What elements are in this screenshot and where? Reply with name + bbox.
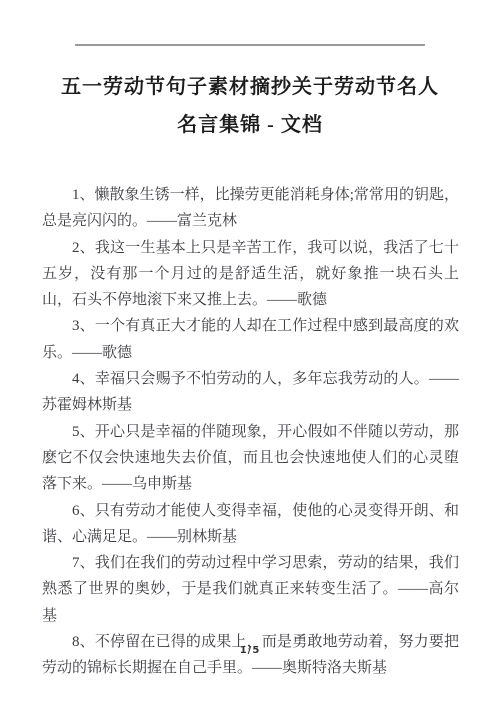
quote-paragraph-7: 7、我们在我们的劳动过程中学习思索，劳动的结果，我们熟悉了世界的奥妙，于是我们就… <box>42 550 459 629</box>
header-divider <box>75 44 425 46</box>
quote-paragraph-4: 4、幸福只会赐予不怕劳动的人，多年忘我劳动的人。——苏霍姆林斯基 <box>42 366 459 419</box>
document-body: 1、懒散象生锈一样，比操劳更能消耗身体;常常用的钥匙，总是亮闪闪的。——富兰克林… <box>42 182 459 682</box>
quote-paragraph-2: 2、我这一生基本上只是辛苦工作，我可以说，我活了七十五岁，没有那一个月过的是舒适… <box>42 235 459 314</box>
document-page: 五一劳动节句子素材摘抄关于劳动节名人 名言集锦 - 文档 1、懒散象生锈一样，比… <box>0 0 500 707</box>
quote-paragraph-5: 5、开心只是幸福的伴随现象，开心假如不伴随以劳动，那麽它不仅会快速地失去价值，而… <box>42 419 459 498</box>
quote-paragraph-1: 1、懒散象生锈一样，比操劳更能消耗身体;常常用的钥匙，总是亮闪闪的。——富兰克林 <box>42 182 459 235</box>
page-number: 1/5 <box>0 645 500 656</box>
quote-paragraph-6: 6、只有劳动才能使人变得幸福，使他的心灵变得开朗、和谐、心满足足。——别林斯基 <box>42 498 459 551</box>
document-title-line1: 五一劳动节句子素材摘抄关于劳动节名人 <box>30 68 470 106</box>
document-title-line2: 名言集锦 - 文档 <box>30 106 470 144</box>
quote-paragraph-3: 3、一个有真正大才能的人却在工作过程中感到最高度的欢乐。——歌德 <box>42 313 459 366</box>
document-title: 五一劳动节句子素材摘抄关于劳动节名人 名言集锦 - 文档 <box>30 68 470 144</box>
